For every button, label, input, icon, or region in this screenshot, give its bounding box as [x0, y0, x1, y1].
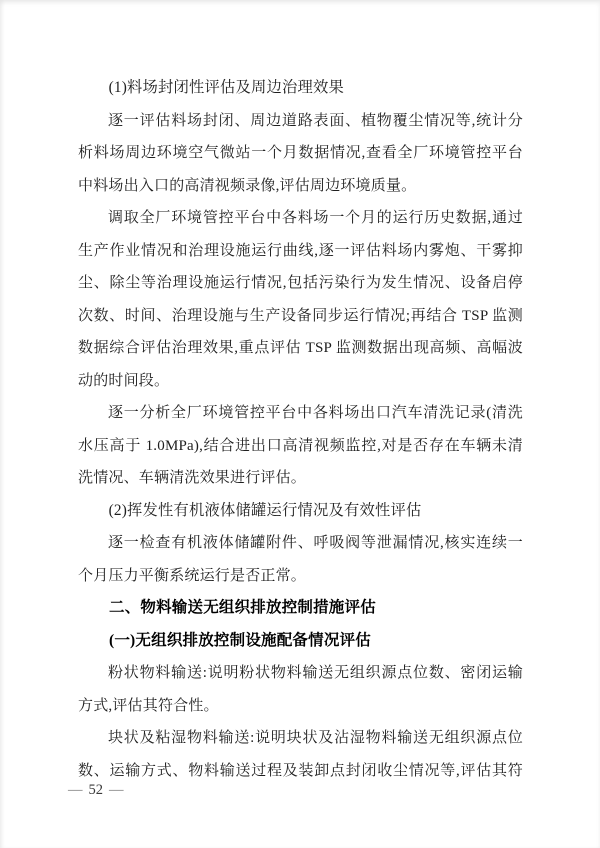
- document-page: (1)料场封闭性评估及周边治理效果逐一评估料场封闭、周边道路表面、植物覆尘情况等…: [0, 0, 600, 848]
- paragraph-4: 逐一检查有机液体储罐附件、呼吸阀等泄漏情况,核实连续一个月压力平衡系统运行是否正…: [78, 527, 523, 592]
- text-line: 次数、时间、治理设施与生产设备同步运行情况;再结合 TSP 监测: [78, 300, 523, 333]
- document-body: (1)料场封闭性评估及周边治理效果逐一评估料场封闭、周边道路表面、植物覆尘情况等…: [78, 72, 523, 787]
- page-number: 52: [89, 782, 104, 798]
- text-line: 方式,评估其符合性。: [78, 690, 523, 723]
- text-line: 水压高于 1.0MPa),结合进出口高清视频监控,对是否存在车辆未清: [78, 430, 523, 463]
- footer-left-dash: —: [68, 782, 83, 798]
- section-heading: 二、物料输送无组织排放控制措施评估: [78, 592, 523, 625]
- text-line: (1)料场封闭性评估及周边治理效果: [78, 72, 523, 105]
- text-line: (一)无组织排放控制设施配备情况评估: [78, 625, 523, 658]
- paragraph-5: 粉状物料输送:说明粉状物料输送无组织源点位数、密闭运输方式,评估其符合性。: [78, 657, 523, 722]
- paragraph-3: 逐一分析全厂环境管控平台中各料场出口汽车清洗记录(清洗水压高于 1.0MPa),…: [78, 397, 523, 495]
- text-line: 逐一检查有机液体储罐附件、呼吸阀等泄漏情况,核实连续一: [78, 527, 523, 560]
- text-line: 中料场出入口的高清视频录像,评估周边环境质量。: [78, 170, 523, 203]
- subheading-2: (2)挥发性有机液体储罐运行情况及有效性评估: [78, 495, 523, 528]
- text-line: 析料场周边环境空气微站一个月数据情况,查看全厂环境管控平台: [78, 137, 523, 170]
- subsection-heading: (一)无组织排放控制设施配备情况评估: [78, 625, 523, 658]
- text-line: 逐一评估料场封闭、周边道路表面、植物覆尘情况等,统计分: [78, 105, 523, 138]
- footer-right-dash: —: [109, 782, 124, 798]
- text-line: 动的时间段。: [78, 365, 523, 398]
- text-line: 个月压力平衡系统运行是否正常。: [78, 560, 523, 593]
- text-line: (2)挥发性有机液体储罐运行情况及有效性评估: [78, 495, 523, 528]
- text-line: 尘、除尘等治理设施运行情况,包括污染行为发生情况、设备启停: [78, 267, 523, 300]
- text-line: 调取全厂环境管控平台中各料场一个月的运行历史数据,通过: [78, 202, 523, 235]
- subheading-1: (1)料场封闭性评估及周边治理效果: [78, 72, 523, 105]
- text-line: 逐一分析全厂环境管控平台中各料场出口汽车清洗记录(清洗: [78, 397, 523, 430]
- page-number-footer: —52—: [68, 782, 130, 798]
- paragraph-2: 调取全厂环境管控平台中各料场一个月的运行历史数据,通过生产作业情况和治理设施运行…: [78, 202, 523, 397]
- text-line: 数据综合评估治理效果,重点评估 TSP 监测数据出现高频、高幅波: [78, 332, 523, 365]
- text-line: 数、运输方式、物料输送过程及装卸点封闭收尘情况等,评估其符: [78, 755, 523, 788]
- paragraph-1: 逐一评估料场封闭、周边道路表面、植物覆尘情况等,统计分析料场周边环境空气微站一个…: [78, 105, 523, 203]
- text-line: 粉状物料输送:说明粉状物料输送无组织源点位数、密闭运输: [78, 657, 523, 690]
- text-line: 二、物料输送无组织排放控制措施评估: [78, 592, 523, 625]
- text-line: 洗情况、车辆清洗效果进行评估。: [78, 462, 523, 495]
- text-line: 块状及粘湿物料输送:说明块状及沾湿物料输送无组织源点位: [78, 722, 523, 755]
- paragraph-6: 块状及粘湿物料输送:说明块状及沾湿物料输送无组织源点位数、运输方式、物料输送过程…: [78, 722, 523, 787]
- text-line: 生产作业情况和治理设施运行曲线,逐一评估料场内雾炮、干雾抑: [78, 235, 523, 268]
